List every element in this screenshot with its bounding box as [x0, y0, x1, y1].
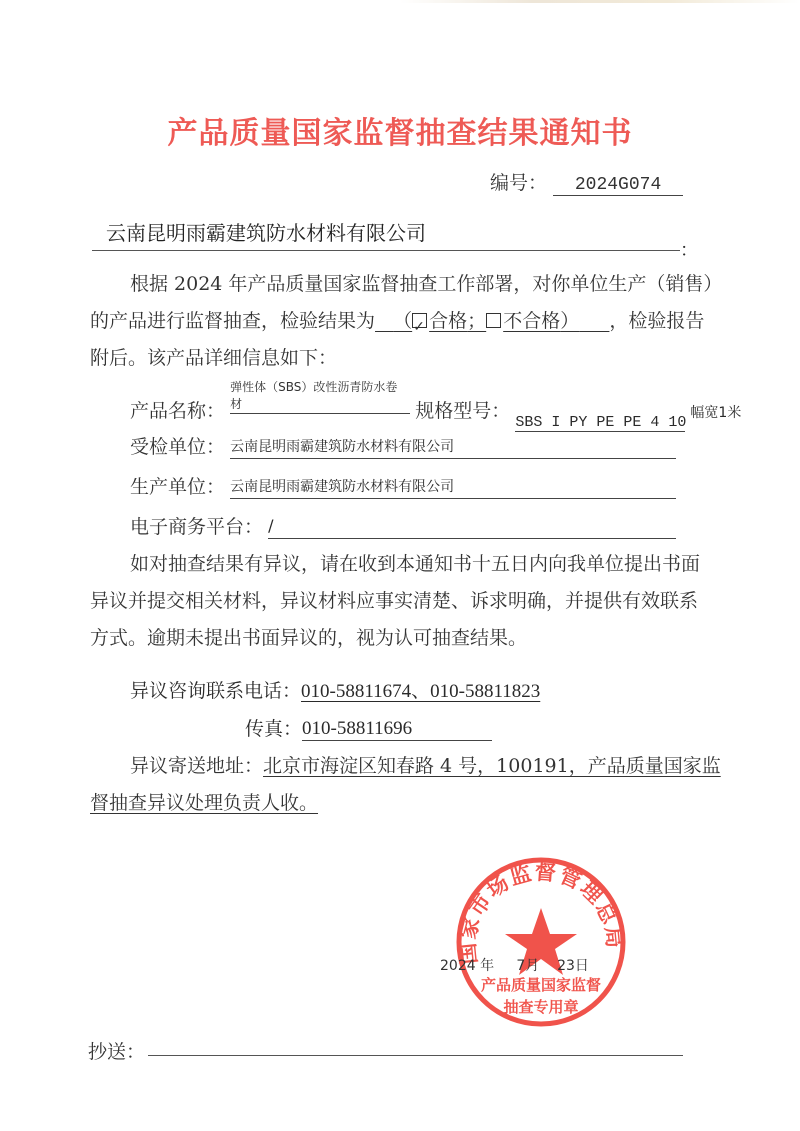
- addressee-colon: ：: [680, 236, 698, 262]
- product-name-line-1: 弹性体（SBS）改性沥青防水卷: [230, 378, 410, 395]
- option-sep: ；: [467, 310, 486, 332]
- objection-paragraph: 如对抽查结果有异议，请在收到本通知书十五日内向我单位提出书面 异议并提交相关材料…: [90, 546, 730, 657]
- fax-value: 010-58811696: [302, 718, 492, 741]
- intro-line-3: 附后。该产品详细信息如下：: [90, 340, 730, 377]
- objection-line-1: 如对抽查结果有异议，请在收到本通知书十五日内向我单位提出书面: [90, 546, 730, 583]
- date-year: 2024: [440, 958, 476, 974]
- issue-date: 2024 年 7月 23日: [440, 955, 589, 975]
- address-line-1: 异议寄送地址：北京市海淀区知春路 4 号，100191，产品质量国家监: [90, 748, 730, 785]
- phone-label: 异议咨询联系电话：: [130, 680, 301, 702]
- inspection-result: （合格；不合格）: [375, 310, 609, 332]
- intro-line-2-suffix: ，检验报告: [609, 310, 704, 332]
- serial-label: 编号：: [490, 172, 547, 194]
- producer-unit-value: 云南昆明雨霸建筑防水材料有限公司: [230, 476, 676, 499]
- serial-value: 2024G074: [553, 175, 683, 196]
- producer-unit-row: 生产单位： 云南昆明雨霸建筑防水材料有限公司: [130, 472, 676, 499]
- serial-number: 编号： 2024G074: [490, 168, 683, 196]
- spec-suffix: 幅宽1米: [690, 405, 741, 421]
- intro-paragraph: 根据 2024 年产品质量国家监督抽查工作部署，对你单位生产（销售） 的产品进行…: [90, 266, 730, 377]
- paren-close: ）: [560, 310, 579, 332]
- date-month: 7: [516, 958, 525, 974]
- date-month-unit: 月: [525, 958, 539, 974]
- cc-label: 抄送：: [88, 1037, 145, 1064]
- address-line-2: 督抽查异议处理负责人收。: [90, 785, 730, 822]
- address-value-2: 督抽查异议处理负责人收。: [90, 792, 318, 814]
- scan-edge-shade: [400, 0, 800, 3]
- address-label: 异议寄送地址：: [130, 755, 263, 777]
- ecommerce-label: 电子商务平台：: [130, 516, 263, 538]
- svg-text:抽查专用章: 抽查专用章: [503, 998, 578, 1016]
- phone-row: 异议咨询联系电话：010-58811674、010-58811823: [130, 676, 540, 703]
- objection-line-2: 异议并提交相关材料，异议材料应事实清楚、诉求明确，并提供有效联系: [90, 583, 730, 620]
- ecommerce-value: /: [268, 516, 676, 539]
- option-fail: 不合格: [503, 310, 560, 332]
- date-day-unit: 日: [575, 958, 589, 974]
- inspected-unit-row: 受检单位： 云南昆明雨霸建筑防水材料有限公司: [130, 432, 676, 459]
- product-row: 产品名称： 弹性体（SBS）改性沥青防水卷 材 规格型号： SBS I PY P…: [130, 378, 741, 414]
- inspected-unit-label: 受检单位：: [130, 436, 225, 458]
- fax-label: 传真：: [245, 718, 302, 740]
- spec-value: SBS I PY PE PE 4 10: [515, 414, 685, 432]
- inspected-unit-value: 云南昆明雨霸建筑防水材料有限公司: [230, 436, 676, 459]
- product-name-line-2: 材: [230, 395, 410, 414]
- official-seal: 国家市场监督管理总局 产品质量国家监督 抽查专用章: [455, 856, 627, 1028]
- address-value-1: 北京市海淀区知春路 4 号，100191，产品质量国家监: [263, 755, 721, 777]
- paren-open: （: [393, 310, 412, 332]
- intro-line-2-prefix: 的产品进行监督抽查，检验结果为: [90, 310, 375, 332]
- product-name-label: 产品名称：: [130, 400, 225, 422]
- objection-line-3: 方式。逾期未提出书面异议的，视为认可抽查结果。: [90, 620, 730, 657]
- fail-checkbox-icon: [486, 313, 501, 328]
- producer-unit-label: 生产单位：: [130, 476, 225, 498]
- date-year-unit: 年: [480, 958, 494, 974]
- cc-underline: [148, 1055, 683, 1056]
- option-pass: 合格: [429, 310, 467, 332]
- addressee-company: 云南昆明雨霸建筑防水材料有限公司: [106, 217, 426, 246]
- svg-text:产品质量国家监督: 产品质量国家监督: [481, 976, 601, 994]
- spec-label: 规格型号：: [415, 400, 510, 422]
- seal-icon: 国家市场监督管理总局 产品质量国家监督 抽查专用章: [455, 856, 627, 1028]
- addressee-underline: [92, 250, 680, 251]
- pass-checkbox-icon: [412, 313, 427, 328]
- ecommerce-row: 电子商务平台： /: [130, 512, 676, 539]
- intro-line-2: 的产品进行监督抽查，检验结果为 （合格；不合格） ，检验报告: [90, 303, 730, 340]
- intro-line-1: 根据 2024 年产品质量国家监督抽查工作部署，对你单位生产（销售）: [90, 266, 730, 303]
- address-paragraph: 异议寄送地址：北京市海淀区知春路 4 号，100191，产品质量国家监 督抽查异…: [90, 748, 730, 822]
- document-title: 产品质量国家监督抽查结果通知书: [0, 108, 800, 152]
- phone-value: 010-58811674、010-58811823: [301, 681, 540, 702]
- date-day: 23: [557, 958, 575, 974]
- fax-row: 传真：010-58811696: [245, 714, 492, 741]
- product-name-field: 弹性体（SBS）改性沥青防水卷 材: [230, 378, 410, 414]
